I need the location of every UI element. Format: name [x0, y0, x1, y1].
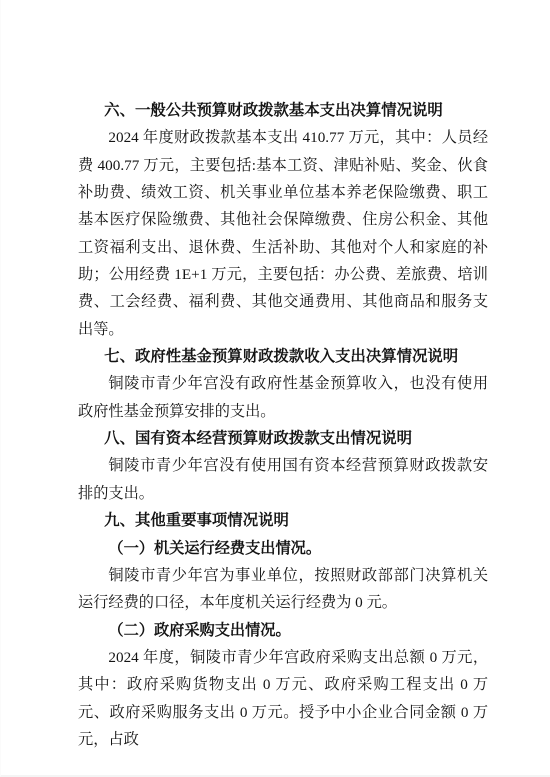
paragraph-basic-expenditure-detail: 2024 年度财政拨款基本支出 410.77 万元，其中：人员经费 400.77…: [78, 124, 488, 343]
subheading-agency-operating-expense: （一）机关运行经费支出情况。: [78, 535, 488, 562]
paragraph-government-procurement-detail: 2024 年度，铜陵市青少年宫政府采购支出总额 0 万元，其中：政府采购货物支出…: [78, 644, 488, 753]
subheading-government-procurement: （二）政府采购支出情况。: [78, 617, 488, 644]
document-page: 六、一般公共预算财政拨款基本支出决算情况说明 2024 年度财政拨款基本支出 4…: [0, 0, 550, 777]
section-heading-general-budget-basic-expenditure: 六、一般公共预算财政拨款基本支出决算情况说明: [78, 97, 488, 124]
document-text-column: 六、一般公共预算财政拨款基本支出决算情况说明 2024 年度财政拨款基本支出 4…: [78, 97, 488, 753]
paragraph-state-capital-detail: 铜陵市青少年宫没有使用国有资本经营预算财政拨款安排的支出。: [78, 452, 488, 507]
paragraph-agency-operating-expense-detail: 铜陵市青少年宫为事业单位，按照财政部部门决算机关运行经费的口径，本年度机关运行经…: [78, 562, 488, 617]
paragraph-government-fund-detail: 铜陵市青少年宫没有政府性基金预算收入，也没有使用政府性基金预算安排的支出。: [78, 370, 488, 425]
section-heading-government-fund-budget: 七、政府性基金预算财政拨款收入支出决算情况说明: [78, 343, 488, 370]
section-heading-other-important-matters: 九、其他重要事项情况说明: [78, 507, 488, 534]
section-heading-state-capital-budget: 八、国有资本经营预算财政拨款支出情况说明: [78, 425, 488, 452]
